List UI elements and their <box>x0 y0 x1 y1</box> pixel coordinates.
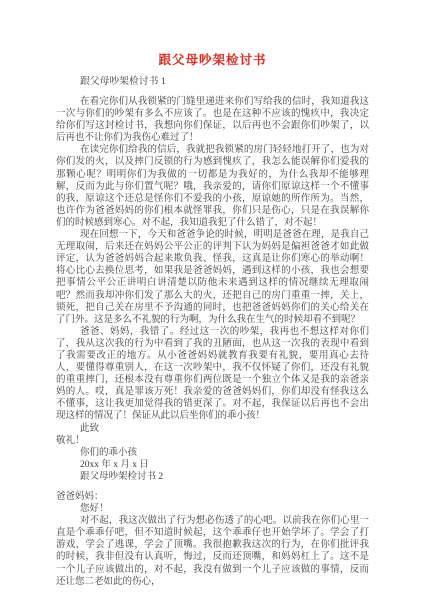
section1-body: 在看完你们从我锁紧的门缝里递进来你们写给我的信时，我知道我这一次与你们的吵架有多… <box>56 96 369 483</box>
section1-heading: 跟父母吵架检讨书 1 <box>56 75 369 88</box>
greeting: 您好！ <box>56 503 369 515</box>
document-page: 跟父母吵架检讨书 跟父母吵架检讨书 1 在看完你们从我锁紧的门缝里递进来你们写给… <box>0 0 423 600</box>
section2-body: 爸爸妈妈： 您好！ 对不起，我这次做出了行为想必伤透了的心吧。以前我在你们心里一… <box>56 491 369 588</box>
closing-salute: 敬礼！ <box>56 435 369 447</box>
signature-date: 20xx 年 x 月 x 日 <box>56 459 369 471</box>
signature-name: 你们的乖小孩 <box>56 447 369 459</box>
paragraph: 在读完你们给我的信后，我就把我锁紧的房门轻轻地打开了，也为对你们发的火，以及摔门… <box>56 144 369 229</box>
document-title: 跟父母吵架检讨书 <box>56 52 369 68</box>
section2-heading: 跟父母吵架检讨书 2 <box>56 471 369 483</box>
salutation: 爸爸妈妈： <box>56 491 369 503</box>
closing-respectfully: 此致 <box>56 423 369 435</box>
paragraph: 在看完你们从我锁紧的门缝里递进来你们写给我的信时，我知道我这一次与你们的吵架有多… <box>56 96 369 144</box>
paragraph: 对不起，我这次做出了行为想必伤透了的心吧。以前我在你们心里一直是个乖乖仔吧，但不… <box>56 515 369 588</box>
paragraph: 现在回想一下，今天和爸爸争论的时候，明明是爸爸在理，是我自己无理取闹，后来还在妈… <box>56 229 369 326</box>
paragraph: 爸爸、妈妈，我错了。经过这一次的吵架，我再也不想这样对你们了，我从这次我的行为中… <box>56 326 369 423</box>
